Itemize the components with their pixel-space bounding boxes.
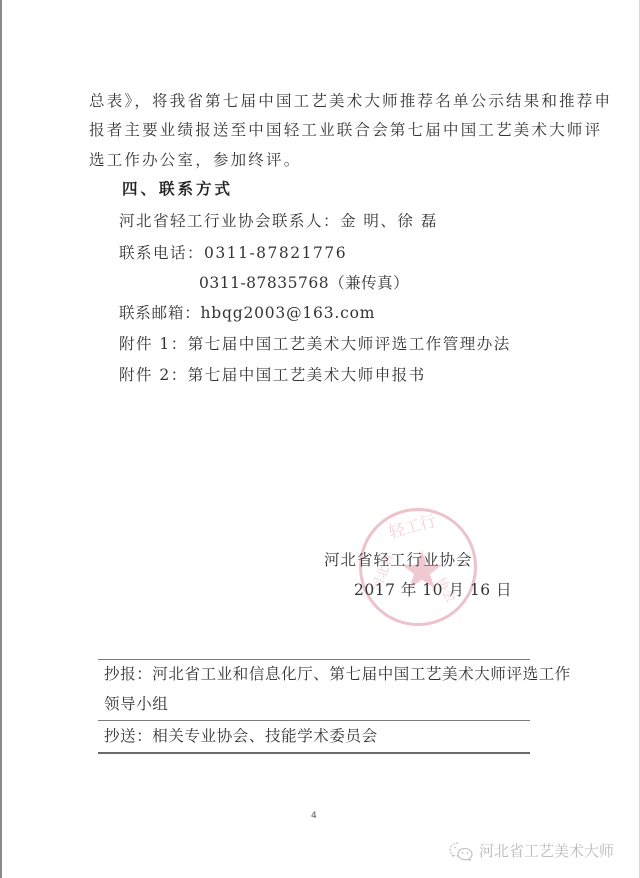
copy-report-line-2: 领导小组	[104, 694, 168, 714]
body-paragraph-line-1: 总表》，将我省第七届中国工艺美术大师推荐名单公示结果和推荐申	[89, 91, 612, 111]
copy-report-line-1: 抄报：河北省工业和信息化厅、第七届中国工艺美术大师评选工作	[104, 664, 571, 684]
page-number: 4	[311, 811, 317, 821]
watermark-text: 河北省工艺美术大师	[479, 840, 614, 861]
account-watermark: 河北省工艺美术大师	[449, 840, 614, 861]
divider-bottom	[98, 752, 530, 754]
body-paragraph-line-2: 报者主要业绩报送至中国轻工业联合会第七届中国工艺美术大师评	[89, 120, 602, 140]
section-heading-contact: 四、联系方式	[122, 179, 233, 199]
attachment-1: 附件 1：第七届中国工艺美术大师评选工作管理办法	[119, 334, 511, 354]
copy-send-line: 抄送：相关专业协会、技能学术委员会	[104, 726, 378, 746]
attachment-2: 附件 2：第七届中国工艺美术大师申报书	[119, 365, 426, 385]
body-paragraph-line-3: 选工作办公室，参加终评。	[89, 150, 301, 170]
document-page: 总表》，将我省第七届中国工艺美术大师推荐名单公示结果和推荐申 报者主要业绩报送至…	[0, 0, 640, 878]
contact-person: 河北省轻工行业协会联系人：金 明、徐 磊	[119, 211, 438, 231]
signature-organization: 河北省轻工行业协会	[324, 550, 473, 570]
contact-email: 联系邮箱：hbqg2003@163.com	[119, 303, 375, 323]
signature-date: 2017 年 10 月 16 日	[354, 580, 512, 600]
divider-top	[98, 659, 530, 660]
contact-phone: 联系电话：0311-87821776	[119, 243, 347, 263]
divider-middle	[98, 720, 530, 721]
contact-phone-fax: 0311-87835768（兼传真）	[199, 273, 409, 293]
wechat-icon	[449, 841, 473, 861]
